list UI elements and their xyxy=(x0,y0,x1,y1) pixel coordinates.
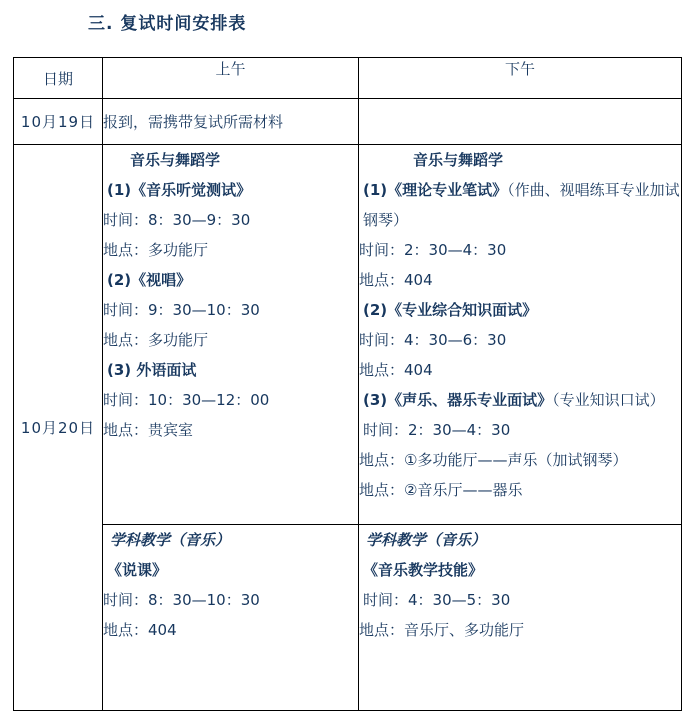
exam-time: 时间：10：30—12：00 xyxy=(103,385,358,415)
header-afternoon: 下午 xyxy=(359,58,682,99)
oct20-morning-music-cell: 音乐与舞蹈学 (1)《音乐听觉测试》 时间：8：30—9：30 地点：多功能厅 … xyxy=(103,145,359,525)
document-page: 三. 复试时间安排表 日期 上午 下午 10月19日 报到，需携带复试所需材料 … xyxy=(0,0,696,724)
exam-item-title: 《音乐教学技能》 xyxy=(359,555,681,585)
exam-place: 地点：404 xyxy=(359,265,681,295)
exam-time: 时间：2：30—4：30 xyxy=(359,235,681,265)
oct19-afternoon-empty xyxy=(359,99,682,145)
exam-place: 地点：①多功能厅——声乐（加试钢琴） xyxy=(359,445,681,475)
exam-item-note: （专业知识口试） xyxy=(552,391,665,409)
exam-time: 时间：8：30—10：30 xyxy=(103,585,358,615)
exam-item-title: (1)《理论专业笔试》（作曲、视唱练耳专业加试钢琴） xyxy=(359,175,681,235)
oct19-morning-note: 报到，需携带复试所需材料 xyxy=(103,99,359,145)
program-heading: 学科教学（音乐） xyxy=(103,525,358,555)
exam-item-bold: (3)《声乐、器乐专业面试》 xyxy=(363,391,552,409)
exam-place: 地点：②音乐厅——器乐 xyxy=(359,475,681,505)
exam-time: 时间：2：30—4：30 xyxy=(359,415,681,445)
table-row-oct19: 10月19日 报到，需携带复试所需材料 xyxy=(14,99,682,145)
exam-item-title: (2)《视唱》 xyxy=(103,265,358,295)
oct20-morning-pedagogy-cell: 学科教学（音乐） 《说课》 时间：8：30—10：30 地点：404 xyxy=(103,525,359,711)
exam-item-title: (1)《音乐听觉测试》 xyxy=(103,175,358,205)
table-row-oct20-pedagogy: 学科教学（音乐） 《说课》 时间：8：30—10：30 地点：404 学科教学（… xyxy=(14,525,682,711)
program-heading: 音乐与舞蹈学 xyxy=(359,145,681,175)
oct20-afternoon-music-cell: 音乐与舞蹈学 (1)《理论专业笔试》（作曲、视唱练耳专业加试钢琴） 时间：2：3… xyxy=(359,145,682,525)
exam-item-bold: (1)《理论专业笔试》 xyxy=(363,181,507,199)
exam-item-title: (3)《声乐、器乐专业面试》（专业知识口试） xyxy=(359,385,681,415)
table-row-oct20-music: 10月20日 音乐与舞蹈学 (1)《音乐听觉测试》 时间：8：30—9：30 地… xyxy=(14,145,682,525)
table-header-row: 日期 上午 下午 xyxy=(14,58,682,99)
header-date: 日期 xyxy=(14,58,103,99)
exam-time: 时间：4：30—5：30 xyxy=(359,585,681,615)
exam-place: 地点：多功能厅 xyxy=(103,325,358,355)
exam-place: 地点：多功能厅 xyxy=(103,235,358,265)
exam-place: 地点：404 xyxy=(103,615,358,645)
exam-item-title: 《说课》 xyxy=(103,555,358,585)
header-morning: 上午 xyxy=(103,58,359,99)
exam-time: 时间：4：30—6：30 xyxy=(359,325,681,355)
exam-place: 地点：音乐厅、多功能厅 xyxy=(359,615,681,645)
exam-time: 时间：9：30—10：30 xyxy=(103,295,358,325)
program-heading: 学科教学（音乐） xyxy=(359,525,681,555)
exam-place: 地点：404 xyxy=(359,355,681,385)
date-oct19: 10月19日 xyxy=(14,99,103,145)
program-heading: 音乐与舞蹈学 xyxy=(103,145,358,175)
exam-place: 地点：贵宾室 xyxy=(103,415,358,445)
page-title: 三. 复试时间安排表 xyxy=(88,9,246,34)
date-oct20: 10月20日 xyxy=(14,145,103,711)
schedule-table: 日期 上午 下午 10月19日 报到，需携带复试所需材料 10月20日 音乐与舞… xyxy=(13,57,682,711)
exam-time: 时间：8：30—9：30 xyxy=(103,205,358,235)
oct20-afternoon-pedagogy-cell: 学科教学（音乐） 《音乐教学技能》 时间：4：30—5：30 地点：音乐厅、多功… xyxy=(359,525,682,711)
exam-item-title: (2)《专业综合知识面试》 xyxy=(359,295,681,325)
exam-item-title: (3) 外语面试 xyxy=(103,355,358,385)
